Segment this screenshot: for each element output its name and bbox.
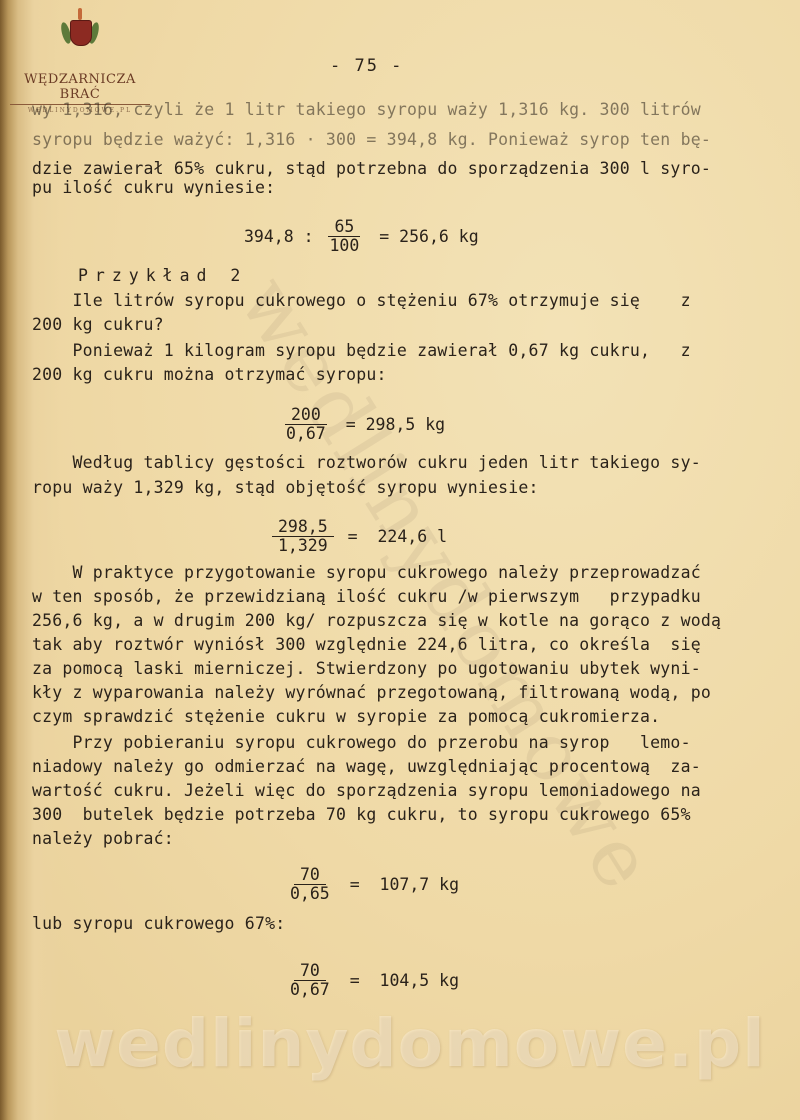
text-line: W praktyce przygotowanie syropu cukroweg…	[32, 563, 701, 582]
text-line: w ten sposób, że przewidzianą ilość cukr…	[32, 587, 701, 606]
formula-4: 70 0,65 = 107,7 kg	[284, 866, 459, 903]
text-line: syropu będzie ważyć: 1,316 · 300 = 394,8…	[32, 130, 711, 149]
formula-3: 298,5 1,329 = 224,6 l	[272, 518, 447, 555]
example-heading: Przykład 2	[78, 266, 247, 285]
text-line: 300 butelek będzie potrzeba 70 kg cukru,…	[32, 805, 691, 824]
page-number: - 75 -	[330, 56, 403, 76]
fraction: 200 0,67	[280, 406, 332, 443]
formula-5: 70 0,67 = 104,5 kg	[284, 962, 459, 999]
text-line: tak aby roztwór wyniósł 300 względnie 22…	[32, 635, 701, 654]
text-line: niadowy należy go odmierzać na wagę, uwz…	[32, 757, 701, 776]
text-line: 200 kg cukru można otrzymać syropu:	[32, 365, 387, 384]
fraction: 70 0,67	[284, 962, 336, 999]
text-line: wartość cukru. Jeżeli więc do sporządzen…	[32, 781, 701, 800]
fraction: 298,5 1,329	[272, 518, 334, 555]
formula-1: 394,8 : 65 100 = 256,6 kg	[244, 218, 479, 255]
text-line: kły z wyparowania należy wyrównać przego…	[32, 683, 711, 702]
text-line: za pomocą laski mierniczej. Stwierdzony …	[32, 659, 701, 678]
text-line: pu ilość cukru wyniesie:	[32, 178, 275, 197]
bottom-watermark: wedlinydomowe.pl	[50, 1005, 770, 1082]
text-line: Przy pobieraniu syropu cukrowego do prze…	[32, 733, 691, 752]
formula-2: 200 0,67 = 298,5 kg	[280, 406, 445, 443]
text-line: 256,6 kg, a w drugim 200 kg/ rozpuszcza …	[32, 611, 721, 630]
text-line: lub syropu cukrowego 67%:	[32, 914, 285, 933]
fraction: 65 100	[323, 218, 365, 255]
text-line: 200 kg cukru?	[32, 315, 164, 334]
text-line: Ponieważ 1 kilogram syropu będzie zawier…	[32, 341, 691, 360]
text-line: czym sprawdzić stężenie cukru w syropie …	[32, 707, 660, 726]
fraction: 70 0,65	[284, 866, 336, 903]
text-line: należy pobrać:	[32, 829, 174, 848]
text-line: dzie zawierał 65% cukru, stąd potrzebna …	[32, 159, 711, 178]
text-line: wy 1,316, czyli że 1 litr takiego syropu…	[32, 100, 701, 119]
text-line: Według tablicy gęstości roztworów cukru …	[32, 453, 701, 472]
text-line: ropu waży 1,329 kg, stąd objętość syropu…	[32, 478, 539, 497]
crest-icon	[60, 8, 100, 52]
text-line: Ile litrów syropu cukrowego o stężeniu 6…	[32, 291, 691, 310]
site-logo: WĘDZARNICZA BRAĆ WEDLINYDOMOWE.PL	[10, 8, 150, 114]
